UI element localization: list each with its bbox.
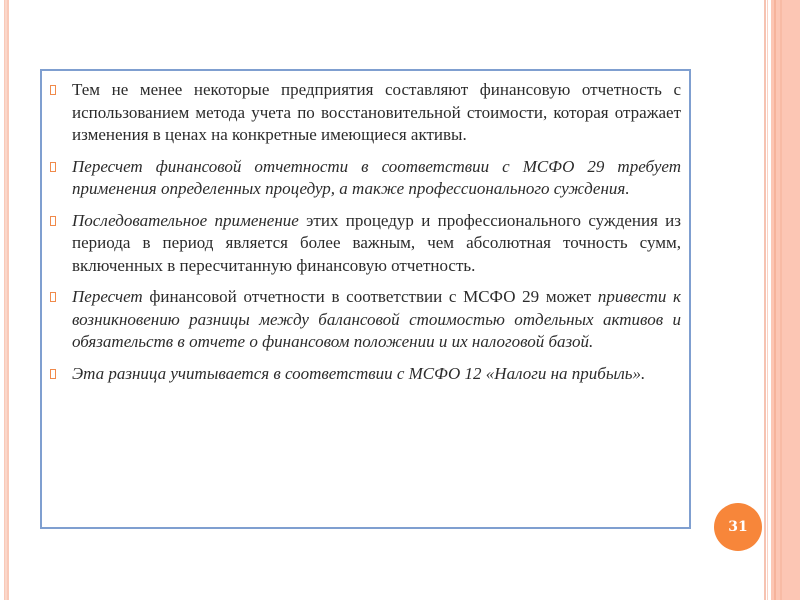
square-bullet-icon xyxy=(50,292,56,302)
square-bullet-icon xyxy=(50,369,56,379)
bullet-text: Последовательное применение xyxy=(72,211,299,230)
slide-content-box: Тем не менее некоторые предприятия соста… xyxy=(40,69,691,529)
right-thin-line xyxy=(764,0,766,600)
left-decorative-stripe xyxy=(4,0,9,600)
square-bullet-icon xyxy=(50,85,56,95)
bullet-item: Пересчет финансовой отчетности в соответ… xyxy=(42,286,689,354)
right-salmon-band xyxy=(771,0,800,600)
bullet-text: Эта разница учитывается в соответствии с… xyxy=(72,364,645,383)
bullet-text: финансовой отчетности в соответствии с М… xyxy=(143,287,598,306)
bullet-text: Пересчет финансовой отчетности в соответ… xyxy=(72,157,681,199)
band-line xyxy=(780,0,782,600)
right-thin-line xyxy=(767,0,768,600)
right-decorative-band xyxy=(764,0,800,600)
bullet-item: Пересчет финансовой отчетности в соответ… xyxy=(42,156,689,201)
bullet-item: Эта разница учитывается в соответствии с… xyxy=(42,363,689,386)
bullet-text: Тем не менее некоторые предприятия соста… xyxy=(72,80,681,144)
square-bullet-icon xyxy=(50,216,56,226)
bullet-list: Тем не менее некоторые предприятия соста… xyxy=(42,79,689,394)
band-line xyxy=(774,0,776,600)
bullet-item: Последовательное применение этих процеду… xyxy=(42,210,689,278)
square-bullet-icon xyxy=(50,162,56,172)
bullet-text: Пересчет xyxy=(72,287,143,306)
bullet-item: Тем не менее некоторые предприятия соста… xyxy=(42,79,689,147)
page-number-badge: 31 xyxy=(714,503,762,551)
